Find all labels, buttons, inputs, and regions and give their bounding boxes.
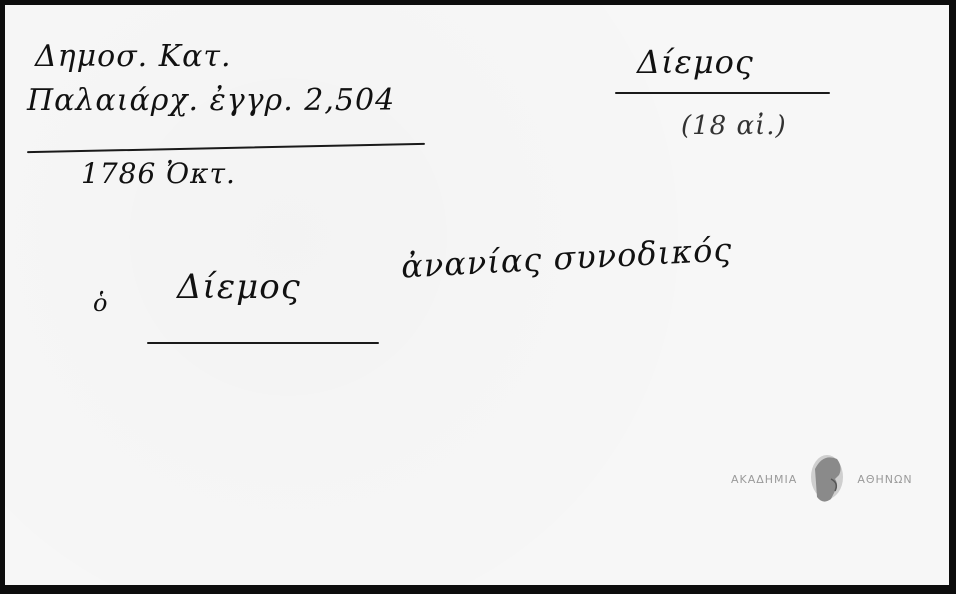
source-line-2: Παλαιάρχ. ἐγγρ. 2,504 — [27, 83, 395, 118]
body-word-1: Δίεμος — [177, 267, 301, 307]
logo-right-text: ΑΘΗΝΩΝ — [857, 473, 912, 486]
logo-left-text: ΑΚΑΔΗΜΙΑ — [731, 473, 797, 486]
headword: Δίεμος — [637, 43, 754, 81]
headword-underline — [615, 92, 830, 94]
athena-head-icon — [805, 449, 849, 509]
index-card: Δημοσ. Κατ. Παλαιάρχ. ἐγγρ. 2,504 1786 Ὀ… — [5, 5, 949, 585]
source-underline — [27, 143, 425, 153]
century-note: (18 αἰ.) — [681, 111, 787, 141]
date-line: 1786 Ὀκτ. — [81, 157, 236, 190]
source-line-1: Δημοσ. Κατ. — [35, 39, 232, 74]
article: ὁ — [93, 289, 108, 317]
body-phrase-rest: ἀνανίας συνοδικός — [400, 230, 733, 285]
academy-logo: ΑΚΑΔΗΜΙΑ ΑΘΗΝΩΝ — [731, 449, 913, 509]
body-underline — [147, 342, 379, 344]
